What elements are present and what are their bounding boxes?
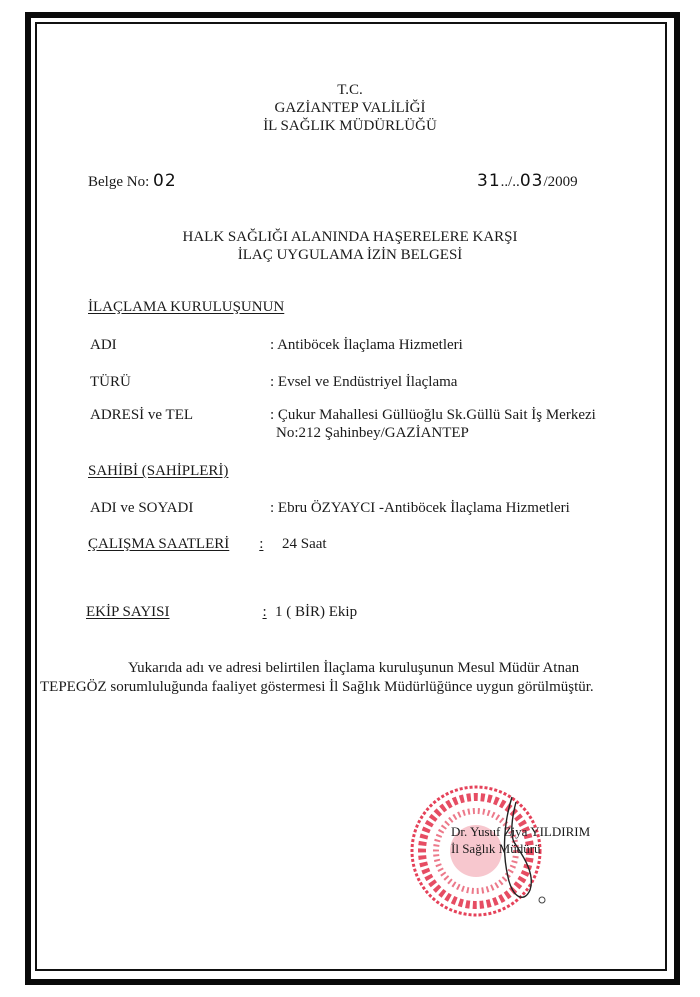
document-date: 31../..03/2009 — [477, 172, 578, 191]
working-hours-value: 24 Saat — [282, 535, 327, 553]
field-value-name: : Antiböcek İlaçlama Hizmetleri — [270, 336, 463, 354]
team-count-label-text: EKİP SAYISI — [86, 604, 170, 620]
document-number: Belge No: 02 — [88, 172, 177, 191]
field-value-address-line1: : Çukur Mahallesi Güllüoğlu Sk.Güllü Sai… — [270, 406, 596, 424]
handwritten-signature-icon — [490, 792, 550, 907]
date-separator: ../.. — [501, 174, 520, 190]
owner-name-label: ADI ve SOYADI — [90, 499, 193, 517]
team-count-value: 1 ( BİR) Ekip — [275, 603, 357, 621]
header-directorate: İL SAĞLIK MÜDÜRLÜĞÜ — [0, 117, 700, 135]
approval-text-line1: Yukarıda adı ve adresi belirtilen İlaçla… — [128, 659, 579, 677]
working-hours-label-text: ÇALIŞMA SAATLERİ — [88, 536, 229, 552]
organization-heading: İLAÇLAMA KURULUŞUNUN — [88, 298, 284, 316]
approval-text-line2: TEPEGÖZ sorumluluğunda faaliyet gösterme… — [40, 678, 594, 696]
team-count-label: EKİP SAYISI: — [86, 603, 267, 621]
working-hours-colon: : — [259, 536, 263, 552]
document-number-label: Belge No: — [88, 174, 149, 190]
date-year: /2009 — [543, 174, 577, 190]
header-governorship: GAZİANTEP VALİLİĞİ — [0, 99, 700, 117]
owner-heading: SAHİBİ (SAHİPLERİ) — [88, 462, 228, 480]
field-value-address-line2: No:212 Şahinbey/GAZİANTEP — [276, 424, 469, 442]
document-number-value: 02 — [153, 171, 177, 191]
field-label-name: ADI — [90, 336, 117, 354]
working-hours-label: ÇALIŞMA SAATLERİ: — [88, 535, 273, 553]
date-month: 03 — [520, 171, 544, 191]
field-label-type: TÜRÜ — [90, 373, 131, 391]
team-count-colon: : — [263, 604, 267, 620]
header-tc: T.C. — [0, 81, 700, 99]
field-label-address: ADRESİ ve TEL — [90, 406, 193, 424]
owner-name-value: : Ebru ÖZYAYCI -Antiböcek İlaçlama Hizme… — [270, 499, 570, 517]
field-value-type: : Evsel ve Endüstriyel İlaçlama — [270, 373, 457, 391]
date-day: 31 — [477, 171, 501, 191]
document-title-line1: HALK SAĞLIĞI ALANINDA HAŞERELERE KARŞI — [0, 228, 700, 246]
document-title-line2: İLAÇ UYGULAMA İZİN BELGESİ — [0, 246, 700, 264]
